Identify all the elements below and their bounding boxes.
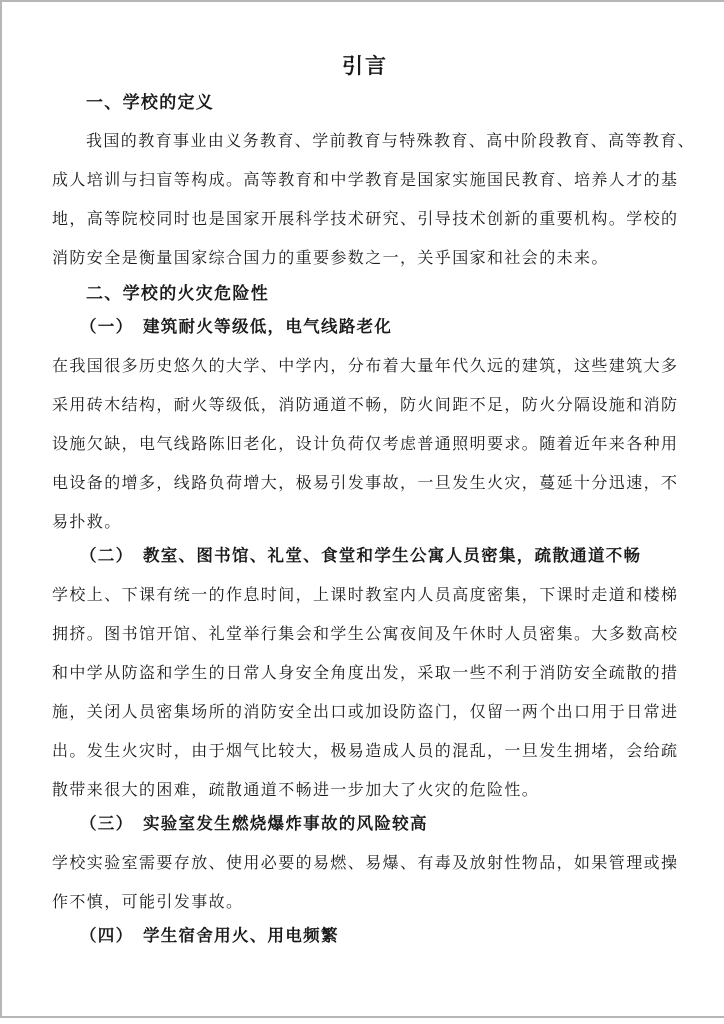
text-line: 电设备的增多，线路负荷增大，极易引发事故，一旦发生火灾，蔓延十分迅速，不 bbox=[52, 464, 678, 503]
text-line: 施，关闭人员密集场所的消防安全出口或加设防盗门，仅留一两个出口用于日常进 bbox=[52, 693, 678, 732]
text-line: 地，高等院校同时也是国家开展科学技术研究、引导技术创新的重要机构。学校的 bbox=[52, 200, 678, 239]
document-page: 引言一、学校的定义我国的教育事业由义务教育、学前教育与特殊教育、高中阶段教育、高… bbox=[0, 0, 724, 1018]
text-line: 出。发生火灾时，由于烟气比较大，极易造成人员的混乱，一旦发生拥堵，会给疏 bbox=[52, 732, 678, 771]
text-line: 设施欠缺，电气线路陈旧老化，设计负荷仅考虑普通照明要求。随着近年来各种用 bbox=[52, 425, 678, 464]
sub-heading: （三） 实验室发生燃烧爆炸事故的风险较高 bbox=[52, 805, 678, 844]
paragraph: 我国的教育事业由义务教育、学前教育与特殊教育、高中阶段教育、高等教育、成人培训与… bbox=[52, 122, 678, 278]
paragraph: 学校上、下课有统一的作息时间，上课时教室内人员高度密集，下课时走道和楼梯拥挤。图… bbox=[52, 576, 678, 810]
text-line: 拥挤。图书馆开馆、礼堂举行集会和学生公寓夜间及午休时人员密集。大多数高校 bbox=[52, 615, 678, 654]
text-line: 采用砖木结构，耐火等级低，消防通道不畅，防火间距不足，防火分隔设施和消防 bbox=[52, 386, 678, 425]
text-line: 学校实验室需要存放、使用必要的易燃、易爆、有毒及放射性物品，如果管理或操 bbox=[52, 844, 678, 883]
sub-heading: （一） 建筑耐火等级低，电气线路老化 bbox=[52, 308, 678, 347]
text-line: 在我国很多历史悠久的大学、中学内，分布着大量年代久远的建筑，这些建筑大多 bbox=[52, 347, 678, 386]
paragraph: 学校实验室需要存放、使用必要的易燃、易爆、有毒及放射性物品，如果管理或操作不慎，… bbox=[52, 844, 678, 922]
section-heading: 一、学校的定义 bbox=[52, 83, 678, 122]
text-line: 和中学从防盗和学生的日常人身安全角度出发，采取一些不利于消防安全疏散的措 bbox=[52, 654, 678, 693]
paragraph: 在我国很多历史悠久的大学、中学内，分布着大量年代久远的建筑，这些建筑大多采用砖木… bbox=[52, 347, 678, 542]
text-line: 成人培训与扫盲等构成。高等教育和中学教育是国家实施国民教育、培养人才的基 bbox=[52, 161, 678, 200]
sub-heading: （二） 教室、图书馆、礼堂、食堂和学生公寓人员密集，疏散通道不畅 bbox=[52, 537, 678, 576]
text-line: 消防安全是衡量国家综合国力的重要参数之一，关乎国家和社会的未来。 bbox=[52, 239, 678, 278]
sub-heading: （四） 学生宿舍用火、用电频繁 bbox=[52, 917, 678, 956]
doc-title: 引言 bbox=[52, 47, 678, 87]
text-line: 学校上、下课有统一的作息时间，上课时教室内人员高度密集，下课时走道和楼梯 bbox=[52, 576, 678, 615]
document-content: 引言一、学校的定义我国的教育事业由义务教育、学前教育与特殊教育、高中阶段教育、高… bbox=[52, 47, 678, 956]
text-line: 我国的教育事业由义务教育、学前教育与特殊教育、高中阶段教育、高等教育、 bbox=[52, 122, 678, 161]
